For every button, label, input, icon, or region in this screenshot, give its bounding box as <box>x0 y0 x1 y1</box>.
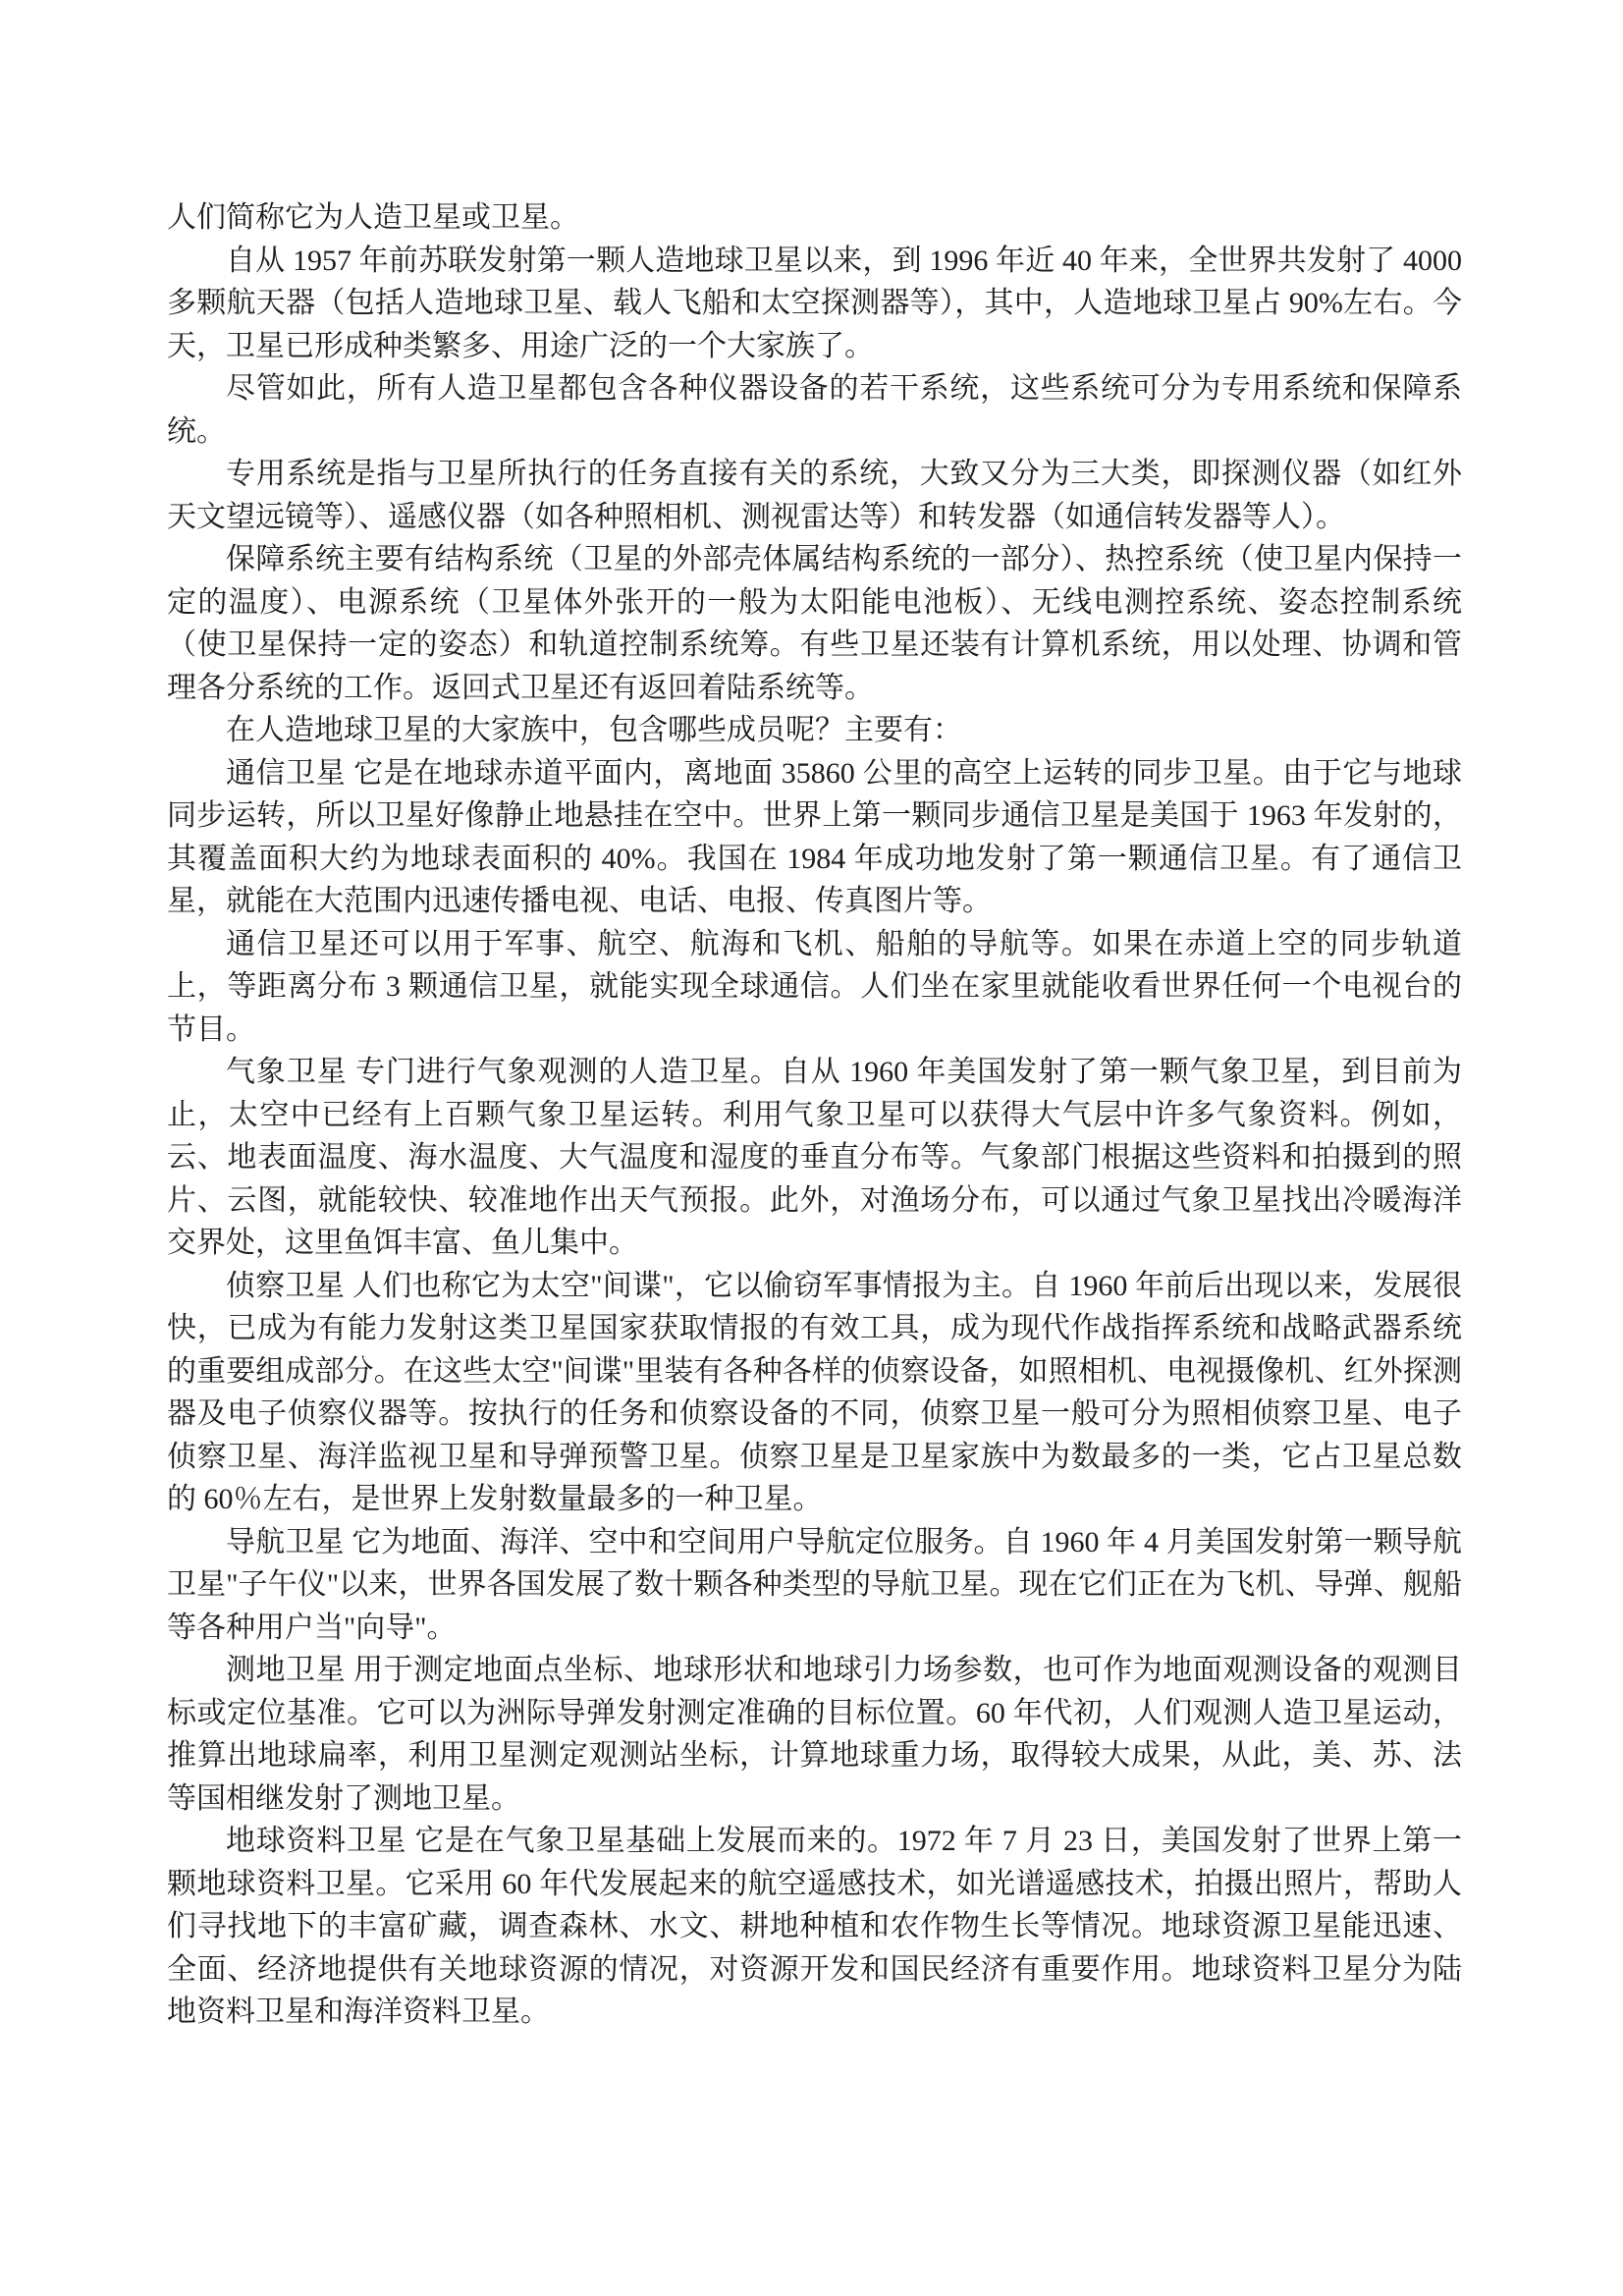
paragraph: 保障系统主要有结构系统（卫星的外部壳体属结构系统的一部分）、热控系统（使卫星内保… <box>167 538 1462 709</box>
paragraph: 在人造地球卫星的大家族中，包含哪些成员呢？主要有： <box>167 709 1462 752</box>
paragraph: 自从 1957 年前苏联发射第一颗人造地球卫星以来，到 1996 年近 40 年… <box>167 240 1462 368</box>
paragraph: 测地卫星 用于测定地面点坐标、地球形状和地球引力场参数，也可作为地面观测设备的观… <box>167 1649 1462 1820</box>
paragraph: 专用系统是指与卫星所执行的任务直接有关的系统，大致又分为三大类，即探测仪器（如红… <box>167 453 1462 538</box>
paragraph: 导航卫星 它为地面、海洋、空中和空间用户导航定位服务。自 1960 年 4 月美… <box>167 1521 1462 1650</box>
document-body: 人们简称它为人造卫星或卫星。 自从 1957 年前苏联发射第一颗人造地球卫星以来… <box>167 196 1462 2034</box>
paragraph: 尽管如此，所有人造卫星都包含各种仪器设备的若干系统，这些系统可分为专用系统和保障… <box>167 367 1462 453</box>
paragraph: 人们简称它为人造卫星或卫星。 <box>167 196 1462 240</box>
paragraph: 地球资料卫星 它是在气象卫星基础上发展而来的。1972 年 7 月 23 日，美… <box>167 1820 1462 2034</box>
paragraph: 通信卫星 它是在地球赤道平面内，离地面 35860 公里的高空上运转的同步卫星。… <box>167 752 1462 923</box>
paragraph: 气象卫星 专门进行气象观测的人造卫星。自从 1960 年美国发射了第一颗气象卫星… <box>167 1051 1462 1265</box>
document-page: 人们简称它为人造卫星或卫星。 自从 1957 年前苏联发射第一颗人造地球卫星以来… <box>0 0 1623 2296</box>
paragraph: 侦察卫星 人们也称它为太空"间谍"，它以偷窃军事情报为主。自 1960 年前后出… <box>167 1265 1462 1521</box>
paragraph: 通信卫星还可以用于军事、航空、航海和飞机、船舶的导航等。如果在赤道上空的同步轨道… <box>167 923 1462 1052</box>
